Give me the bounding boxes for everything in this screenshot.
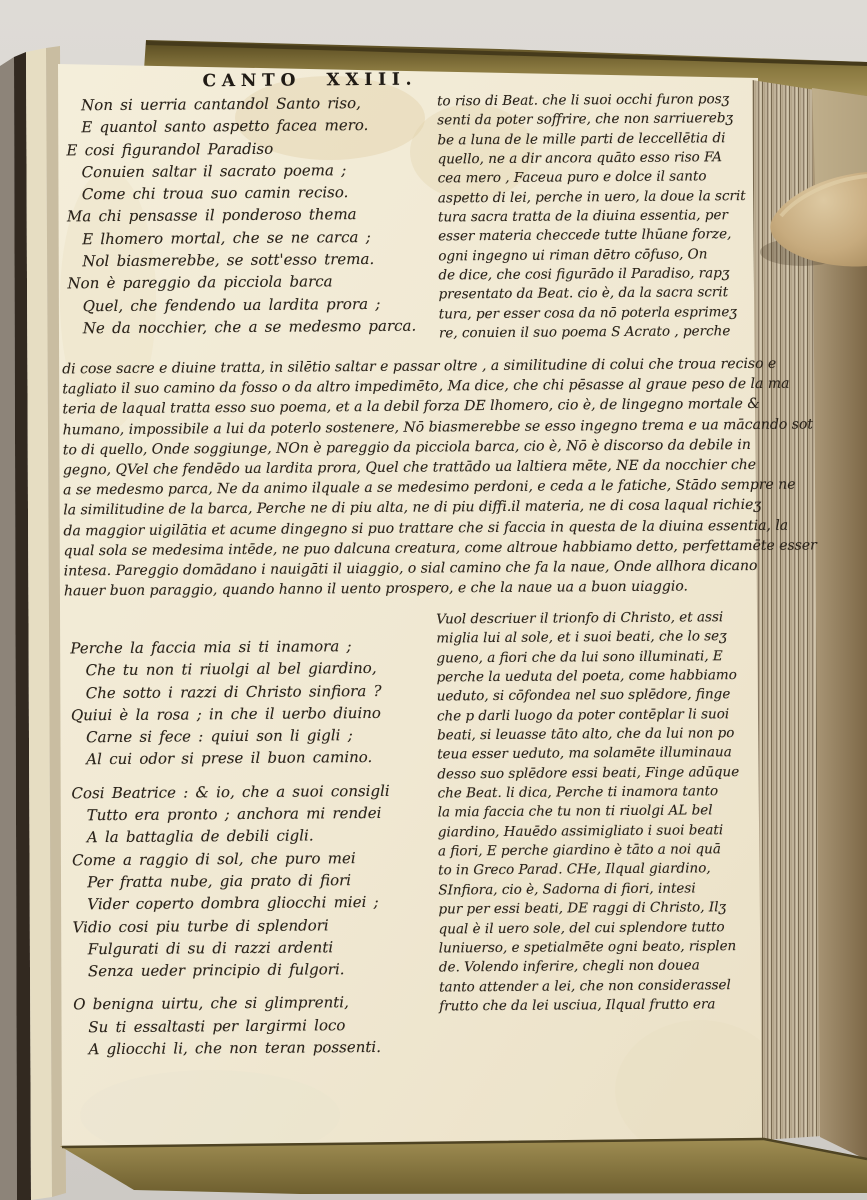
commentary-line: desso suo splēdore essi beati, Finge adū…	[437, 762, 782, 784]
commentary-line: tanto attender a lei, che non consideras…	[439, 975, 784, 997]
commentary-line: to riso di Beat. che li suoi occhi furon…	[437, 90, 782, 112]
verse-line: Per fratta nube, gia prato di fiori	[72, 868, 462, 893]
commentary-line: tura, per esser cosa da nō poterla espri…	[439, 302, 784, 324]
verse-column-2: Perche la faccia mia si ti inamora ;Che …	[70, 634, 463, 1060]
verse-line: Quel, che fendendo ua lardita prora ;	[68, 292, 458, 317]
verse-line: Tutto era pronto ; anchora mi rendei	[72, 801, 462, 826]
commentary-line: a fiori, E perche giardino è tāto a noi …	[438, 840, 783, 862]
page-header-title: CANTO XXIII.	[60, 68, 560, 92]
verse-line: Perche la faccia mia si ti inamora ;	[70, 634, 460, 659]
verse-line: Cosi Beatrice : & io, che a suoi consigl…	[71, 779, 461, 804]
commentary-line: cea mero , Faceua puro e dolce il santo	[438, 167, 783, 189]
commentary-line: aspetto di lei, perche in uero, la doue …	[438, 186, 783, 208]
commentary-line: quello, ne a dir ancora quāto esso riso …	[437, 148, 782, 170]
verse-line: A gliocchi li, che non teran possenti.	[73, 1035, 463, 1060]
verse-line: Come a raggio di sol, che puro mei	[72, 846, 462, 871]
commentary-line: qual è il uero sole, del cui splendore t…	[439, 917, 784, 939]
commentary-line: luniuerso, e spetialmēte ogni beato, ris…	[439, 937, 784, 959]
commentary-line: presentato da Beat. cio è, da la sacra s…	[439, 283, 784, 305]
verse-line: Come chi troua suo camin reciso.	[67, 180, 457, 205]
verse-line: Su ti essaltasti per largirmi loco	[73, 1013, 463, 1038]
commentary-line: frutto che da lei usciua, Ilqual frutto …	[439, 995, 784, 1017]
verse-line: Non è pareggio da picciola barca	[67, 270, 457, 295]
verse-line: E lhomero mortal, che se ne carca ;	[67, 225, 457, 250]
commentary-line: pur per essi beati, DE raggi di Christo,…	[438, 898, 783, 920]
commentary-paragraph: di cose sacre e diuine tratta, in silēti…	[62, 354, 776, 602]
commentary-line: tura sacra tratta de la diuina essentia,…	[438, 206, 783, 228]
commentary-line: de dice, che cosi figurādo il Paradiso, …	[438, 264, 783, 286]
commentary-line: to in Greco Parad. CHe, Ilqual giardino,	[438, 859, 783, 881]
verse-line: Che sotto i razzi di Christo sinfiora ?	[71, 679, 461, 704]
commentary-line: Vuol descriuer il trionfo di Christo, et…	[436, 608, 781, 630]
verse-line: Quiui è la rosa ; in che il uerbo diuino	[71, 701, 461, 726]
commentary-line: SInfiora, cio è, Sadorna di fiori, intes…	[438, 879, 783, 901]
book-photo: CANTO XXIII. Non si uerria cantandol San…	[0, 0, 867, 1200]
commentary-line: ogni ingegno ui riman dētro cōfuso, On	[438, 244, 783, 266]
commentary-column-2: Vuol descriuer il trionfo di Christo, et…	[436, 608, 784, 1017]
verse-column-1: Non si uerria cantandol Santo riso,E qua…	[66, 91, 458, 339]
verse-line: E quantol santo aspetto facea mero.	[66, 114, 456, 139]
commentary-line: teua esser ueduto, ma solamēte illuminau…	[437, 743, 782, 765]
verse-line: Vidio cosi piu turbe di splendori	[72, 913, 462, 938]
commentary-line: de. Volendo inferire, chegli non douea	[439, 956, 784, 978]
verse-line: Al cui odor si prese il buon camino.	[71, 746, 461, 771]
commentary-line: giardino, Hauēdo assimigliato i suoi bea…	[438, 821, 783, 843]
commentary-column-1: to riso di Beat. che li suoi occhi furon…	[437, 90, 784, 344]
verse-line: Nol biasmerebbe, se sott'esso trema.	[67, 247, 457, 272]
commentary-line: ueduto, si cōfondea nel suo splēdore, fi…	[437, 685, 782, 707]
commentary-line: miglia lui al sole, et i suoi beati, che…	[436, 627, 781, 649]
verse-line: Vider coperto dombra gliocchi miei ;	[72, 891, 462, 916]
verse-line: O benigna uirtu, che si glimprenti,	[73, 991, 463, 1016]
commentary-line: esser materia checcede tutte lhūane forz…	[438, 225, 783, 247]
verse-line: Ma chi pensasse il ponderoso thema	[67, 203, 457, 228]
verse-line: Fulgurati di su di razzi ardenti	[73, 935, 463, 960]
commentary-line: be a luna de le mille parti de leccellēt…	[437, 128, 782, 150]
commentary-line: re, conuien il suo poema S Acrato , perc…	[439, 322, 784, 344]
printed-page-text: CANTO XXIII. Non si uerria cantandol San…	[0, 0, 867, 1200]
commentary-line: senti da poter soffrire, che non sarriue…	[437, 109, 782, 131]
verse-line: Conuien saltar il sacrato poema ;	[67, 158, 457, 183]
commentary-line: la mia faccia che tu non ti riuolgi AL b…	[438, 801, 783, 823]
verse-line: Ne da nocchier, che a se medesmo parca.	[68, 314, 458, 339]
verse-line: Carne si fece : quiui son li gigli ;	[71, 723, 461, 748]
verse-line: A la battaglia de debili cigli.	[72, 824, 462, 849]
verse-line: Non si uerria cantandol Santo riso,	[66, 91, 456, 116]
commentary-line: gueno, a fiori che da lui sono illuminat…	[436, 646, 781, 668]
verse-line: Che tu non ti riuolgi al bel giardino,	[70, 657, 460, 682]
verse-line: Senza ueder principio di fulgori.	[73, 957, 463, 982]
verse-line: E cosi figurandol Paradiso	[66, 136, 456, 161]
paragraph-line: hauer buon paraggio, quando hanno il uen…	[64, 576, 776, 602]
commentary-line: perche la ueduta del poeta, come habbiam…	[437, 666, 782, 688]
